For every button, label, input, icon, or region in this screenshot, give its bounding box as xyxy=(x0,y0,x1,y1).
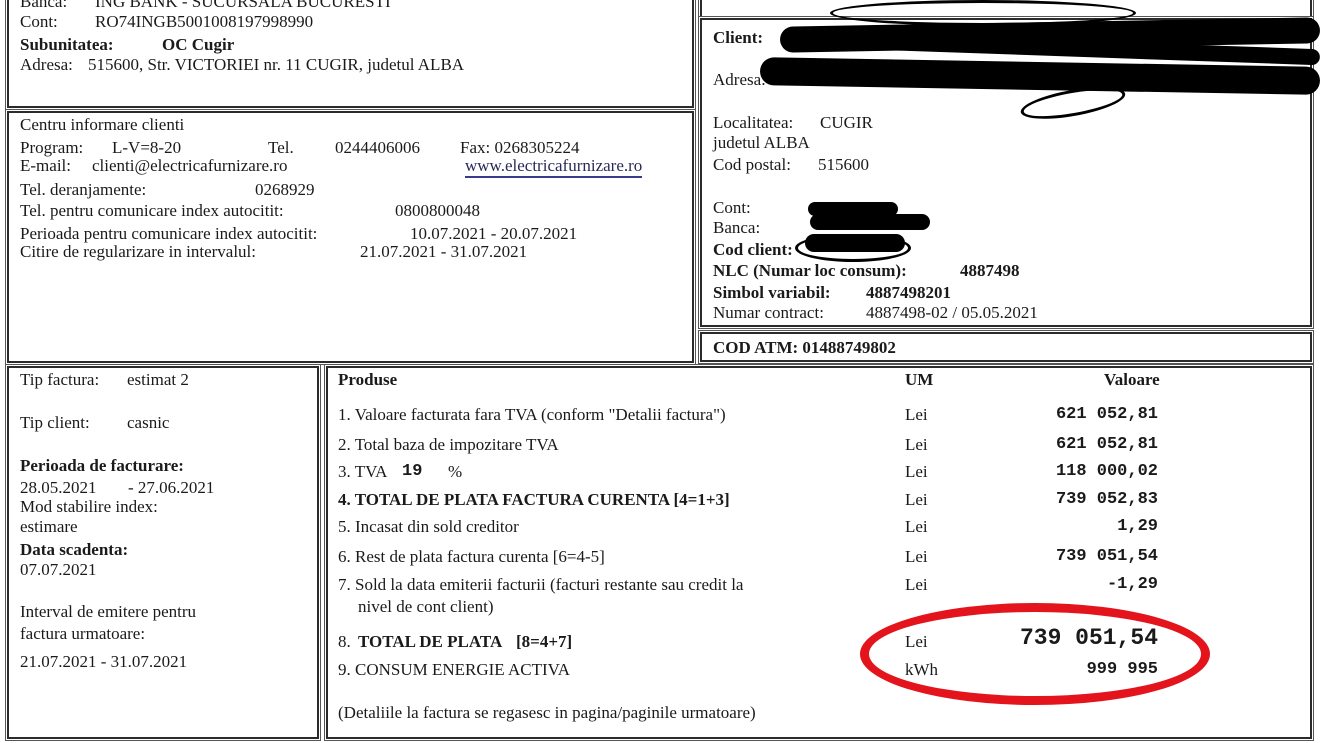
client-type-label: Tip client: xyxy=(20,413,90,433)
fax-value: Fax: 0268305224 xyxy=(460,138,579,158)
product-row-unit: Lei xyxy=(905,547,928,567)
supplier-bank-label: Banca: xyxy=(20,0,67,12)
next-interval-label-1: Interval de emitere pentru xyxy=(20,602,196,622)
supplier-address-label: Adresa: xyxy=(20,55,73,75)
product-row-value: -1,29 xyxy=(1107,575,1158,595)
program-label: Program: xyxy=(20,138,83,158)
billing-period-label: Perioada de facturare: xyxy=(20,456,184,476)
product-row-label: TOTAL DE PLATA xyxy=(358,632,502,652)
product-row-label: 7. Sold la data emiterii facturii (factu… xyxy=(338,575,743,595)
locality-label: Localitatea: xyxy=(713,113,793,133)
variable-symbol-value: 4887498201 xyxy=(866,283,951,303)
nlc-label: NLC (Numar loc consum): xyxy=(713,261,907,281)
client-code-label: Cod client: xyxy=(713,240,793,260)
product-row-unit: Lei xyxy=(905,490,928,510)
program-value: L-V=8-20 xyxy=(112,138,181,158)
supplier-account-label: Cont: xyxy=(20,12,58,32)
invoice-type-label: Tip factura: xyxy=(20,370,99,390)
billing-period-end: - 27.06.2021 xyxy=(128,478,214,498)
client-address-label: Adresa: xyxy=(713,70,766,90)
supplier-bank-value: ING BANK - SUCURSALA BUCURESTI xyxy=(95,0,391,12)
product-row-label: 3. TVA xyxy=(338,462,387,482)
product-row-formula: [8=4+7] xyxy=(516,632,572,652)
regularization-value: 21.07.2021 - 31.07.2021 xyxy=(360,242,527,262)
faults-tel-value: 0268929 xyxy=(255,180,315,200)
tel-value: 0244406006 xyxy=(335,138,420,158)
billing-period-start: 28.05.2021 xyxy=(20,478,97,498)
highlight-oval xyxy=(860,603,1210,705)
supplier-address-value: 515600, Str. VICTORIEI nr. 11 CUGIR, jud… xyxy=(88,55,464,75)
product-row-label: 6. Rest de plata factura curenta [6=4-5] xyxy=(338,547,605,567)
due-date-label: Data scadenta: xyxy=(20,540,128,560)
next-interval-label-2: factura urmatoare: xyxy=(20,624,145,644)
product-row-number: 8. xyxy=(338,632,351,652)
postal-code-value: 515600 xyxy=(818,155,869,175)
index-mode-value: estimare xyxy=(20,517,78,537)
atm-code: COD ATM: 01488749802 xyxy=(713,338,896,358)
self-read-tel-label: Tel. pentru comunicare index autocitit: xyxy=(20,201,284,221)
variable-symbol-label: Simbol variabil: xyxy=(713,283,831,303)
product-row-label: 1. Valoare facturata fara TVA (conform "… xyxy=(338,405,726,425)
product-row-value: 1,29 xyxy=(1117,517,1158,537)
info-center-title: Centru informare clienti xyxy=(20,115,184,135)
self-read-period-value: 10.07.2021 - 20.07.2021 xyxy=(410,224,577,244)
regularization-label: Citire de regularizare in intervalul: xyxy=(20,242,256,262)
product-row-value: 621 052,81 xyxy=(1056,435,1158,455)
product-row-unit: Lei xyxy=(905,517,928,537)
contract-value: 4887498-02 / 05.05.2021 xyxy=(866,303,1038,323)
product-row-label: 9. CONSUM ENERGIE ACTIVA xyxy=(338,660,570,680)
product-row-unit: Lei xyxy=(905,435,928,455)
postal-code-label: Cod postal: xyxy=(713,155,791,175)
index-mode-label: Mod stabilire index: xyxy=(20,497,158,517)
self-read-period-label: Perioada pentru comunicare index autocit… xyxy=(20,224,317,244)
vat-percent-sign: % xyxy=(448,462,462,482)
products-header: Produse xyxy=(338,370,397,390)
product-row-unit: Lei xyxy=(905,575,928,595)
supplier-subunit-label: Subunitatea: xyxy=(20,35,114,55)
supplier-account-value: RO74INGB5001008197998990 xyxy=(95,12,313,32)
website-link[interactable]: www.electricafurnizare.ro xyxy=(465,156,642,178)
tel-label: Tel. xyxy=(268,138,294,158)
product-row-value: 739 052,83 xyxy=(1056,490,1158,510)
client-label: Client: xyxy=(713,28,763,48)
contract-label: Numar contract: xyxy=(713,303,824,323)
email-link[interactable]: clienti@electricafurnizare.ro xyxy=(92,156,287,176)
client-type-value: casnic xyxy=(127,413,169,433)
value-header: Valoare xyxy=(1104,370,1160,390)
client-bank-label: Banca: xyxy=(713,218,760,238)
supplier-subunit-value: OC Cugir xyxy=(162,35,234,55)
product-row-unit: Lei xyxy=(905,462,928,482)
county-value: judetul ALBA xyxy=(713,133,810,153)
locality-value: CUGIR xyxy=(820,113,873,133)
product-row-value: 621 052,81 xyxy=(1056,405,1158,425)
nlc-value: 4887498 xyxy=(960,261,1020,281)
product-row-label: 4. TOTAL DE PLATA FACTURA CURENTA [4=1+3… xyxy=(338,490,730,510)
due-date-value: 07.07.2021 xyxy=(20,560,97,580)
faults-tel-label: Tel. deranjamente: xyxy=(20,180,146,200)
client-account-label: Cont: xyxy=(713,198,751,218)
um-header: UM xyxy=(905,370,933,390)
next-interval-value: 21.07.2021 - 31.07.2021 xyxy=(20,652,187,672)
product-row-label: 2. Total baza de impozitare TVA xyxy=(338,435,559,455)
email-label: E-mail: xyxy=(20,156,71,176)
invoice-type-value: estimat 2 xyxy=(127,370,189,390)
vat-rate: 19 xyxy=(402,462,422,482)
product-row-value: 739 051,54 xyxy=(1056,547,1158,567)
self-read-tel-value: 0800800048 xyxy=(395,201,480,221)
product-row-value: 118 000,02 xyxy=(1056,462,1158,482)
product-row-label-continued: nivel de cont client) xyxy=(358,597,493,617)
product-row-unit: Lei xyxy=(905,405,928,425)
product-row-label: 5. Incasat din sold creditor xyxy=(338,517,519,537)
invoice-details-footnote: (Detaliile la factura se regasesc in pag… xyxy=(338,703,756,723)
